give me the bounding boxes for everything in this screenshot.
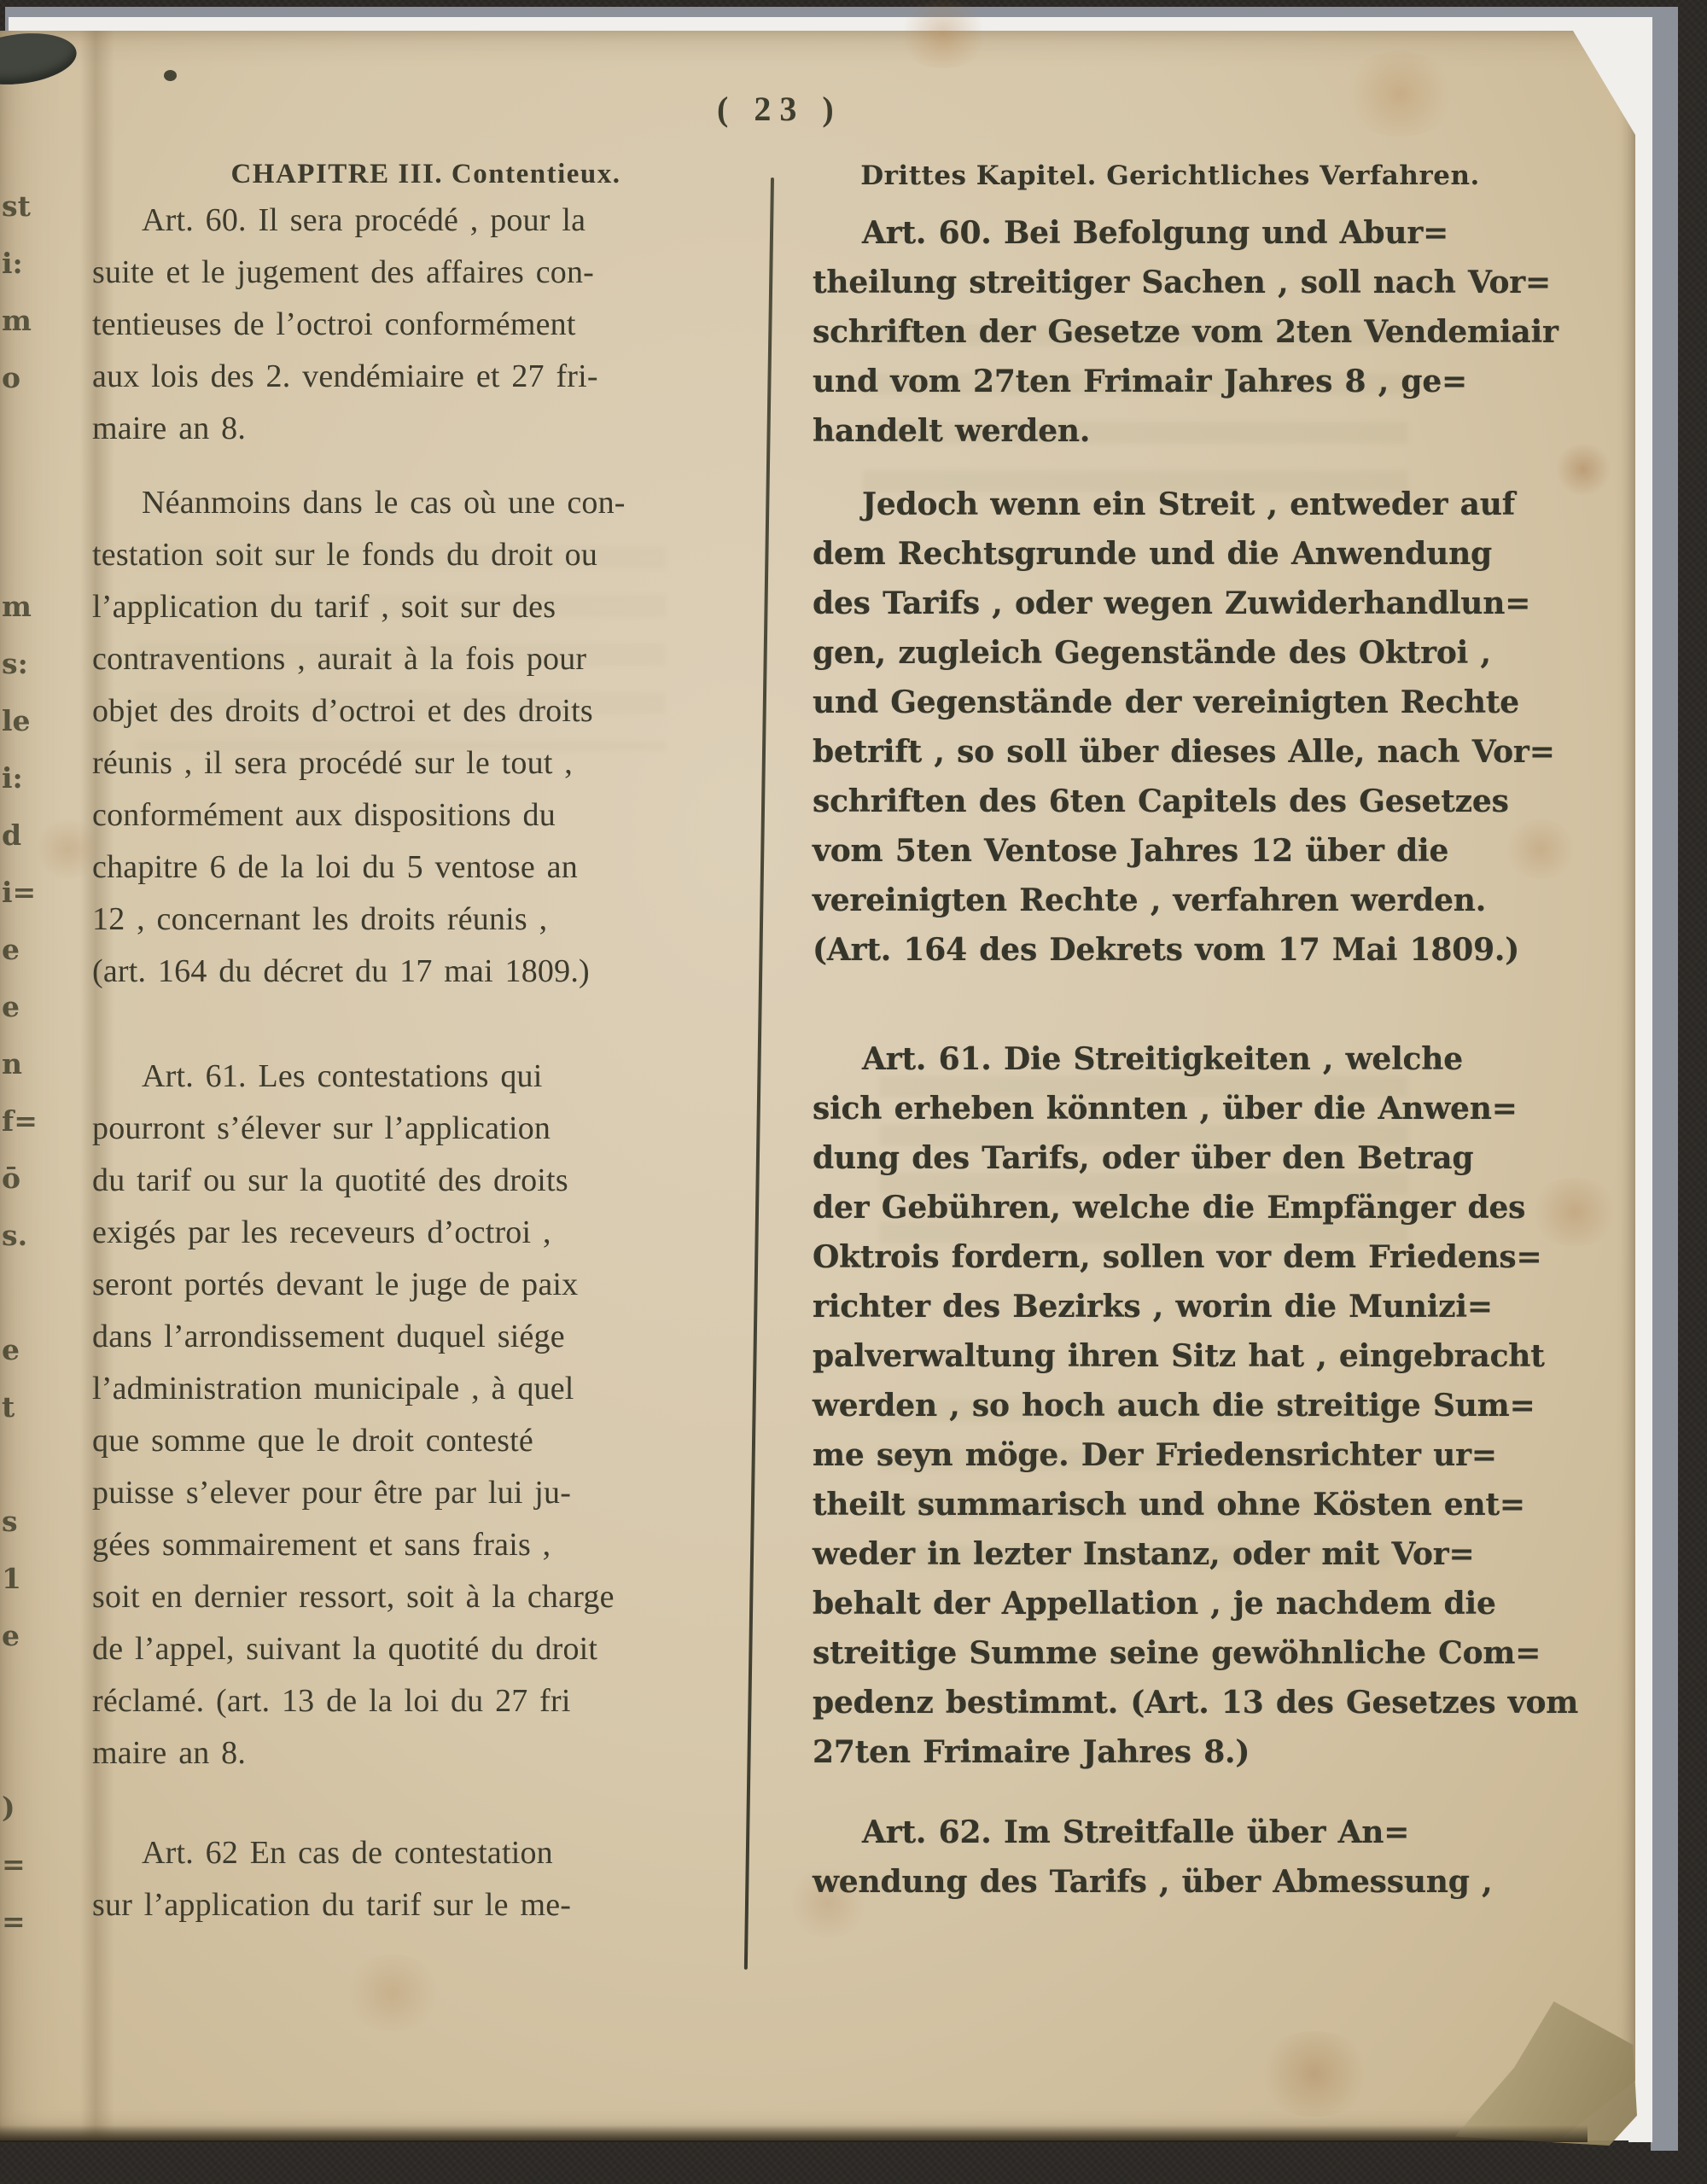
- german-paragraph-art-61: Art. 61. Die Streitigkeiten , welchesich…: [813, 1034, 1528, 1777]
- german-paragraph-art-60: Art. 60. Bei Befolgung und Abur=theilung…: [813, 208, 1528, 456]
- page-number: ( 23 ): [717, 89, 842, 129]
- bottom-edge-shadow: [0, 2125, 1588, 2142]
- french-chapter-header: CHAPITRE III. Contentieux.: [92, 154, 760, 195]
- french-paragraph-art-61: Art. 61. Les contestations quipourront s…: [92, 1051, 760, 1779]
- mat-gray-right: [1651, 7, 1678, 2151]
- french-paragraph-art-62: Art. 62 En cas de contestationsur l’appl…: [92, 1827, 760, 1931]
- ink-speck: [164, 70, 177, 81]
- french-paragraph-art-60: Art. 60. Il sera procédé , pour lasuite …: [92, 195, 760, 455]
- german-column: Drittes Kapitel. Gerichtliches Verfahren…: [813, 155, 1528, 1907]
- margin-fragments: sti:mo ms:lei:di=eenf=ōs. et s1e )==: [2, 178, 41, 1950]
- german-paragraph-art-62: Art. 62. Im Streitfalle über An=wendung …: [813, 1808, 1528, 1907]
- german-paragraph-jedoch: Jedoch wenn ein Streit , entweder aufdem…: [813, 480, 1528, 975]
- french-column: CHAPITRE III. Contentieux. Art. 60. Il s…: [92, 154, 760, 1931]
- french-paragraph-neanmoins: Néanmoins dans le cas où une con-testati…: [92, 477, 760, 998]
- german-chapter-header: Drittes Kapitel. Gerichtliches Verfahren…: [813, 155, 1528, 196]
